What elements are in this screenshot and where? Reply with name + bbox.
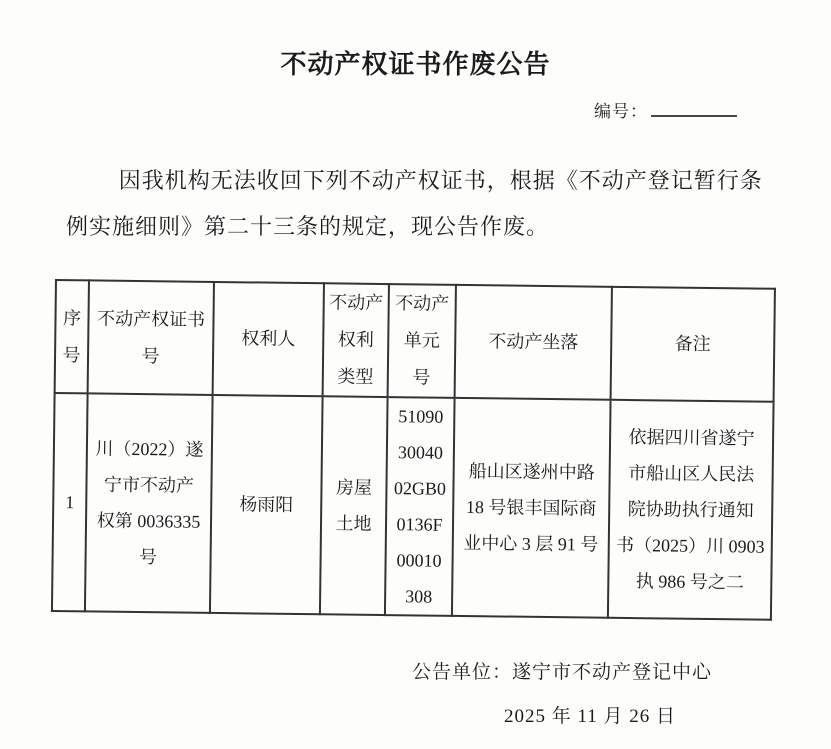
notice-paragraph: 因我机构无法收回下列不动产权证书，根据《不动产登记暂行条 例实施细则》第二十三条… [66, 158, 778, 250]
cell-seq: 1 [52, 393, 88, 611]
serial-number-label: 编号： [594, 102, 648, 121]
header-holder: 权利人 [213, 282, 324, 396]
table-header-row: 序 号 不动产权证书 号 权利人 不动产 权利 类型 不动产 单元 号 不动产坐… [55, 280, 775, 402]
serial-number-line: 编号： [594, 97, 737, 122]
document-title: 不动产权证书作废公告 [0, 44, 831, 81]
header-unit-no: 不动产 单元 号 [388, 284, 456, 398]
cell-remark: 依据四川省遂宁 市船山区人民法 院协助执行通知 书（2025）川 0903 执 … [608, 400, 774, 620]
table-row: 1 川（2022）遂 宁市不动产 权第 0036335 号 杨雨阳 房屋 土地 … [52, 393, 774, 620]
date-line: 2025 年 11 月 26 日 [504, 701, 676, 728]
serial-number-blank [651, 99, 737, 117]
issuer-line: 公告单位：遂宁市不动产登记中心 [412, 657, 712, 684]
header-right-type: 不动产 权利 类型 [323, 283, 389, 397]
cell-location: 船山区遂州中路 18 号银丰国际商 业中心 3 层 91 号 [452, 398, 611, 618]
header-certificate-no: 不动产权证书 号 [88, 280, 214, 395]
cell-unit-no: 51090 30040 02GB0 0136F 00010 308 [385, 397, 455, 616]
cell-right-type: 房屋 土地 [320, 396, 388, 615]
cell-holder: 杨雨阳 [210, 395, 323, 614]
header-remark: 备注 [611, 287, 775, 402]
cell-certificate-no: 川（2022）遂 宁市不动产 权第 0036335 号 [85, 393, 213, 613]
issuer-name: 遂宁市不动产登记中心 [512, 662, 712, 683]
notice-document: { "document": { "title": "不动产权证书作废公告", "… [0, 0, 831, 749]
issuer-label: 公告单位： [412, 662, 512, 683]
certificates-table: 序 号 不动产权证书 号 权利人 不动产 权利 类型 不动产 单元 号 不动产坐… [51, 279, 776, 621]
header-seq: 序 号 [55, 280, 89, 393]
header-location: 不动产坐落 [455, 285, 612, 400]
